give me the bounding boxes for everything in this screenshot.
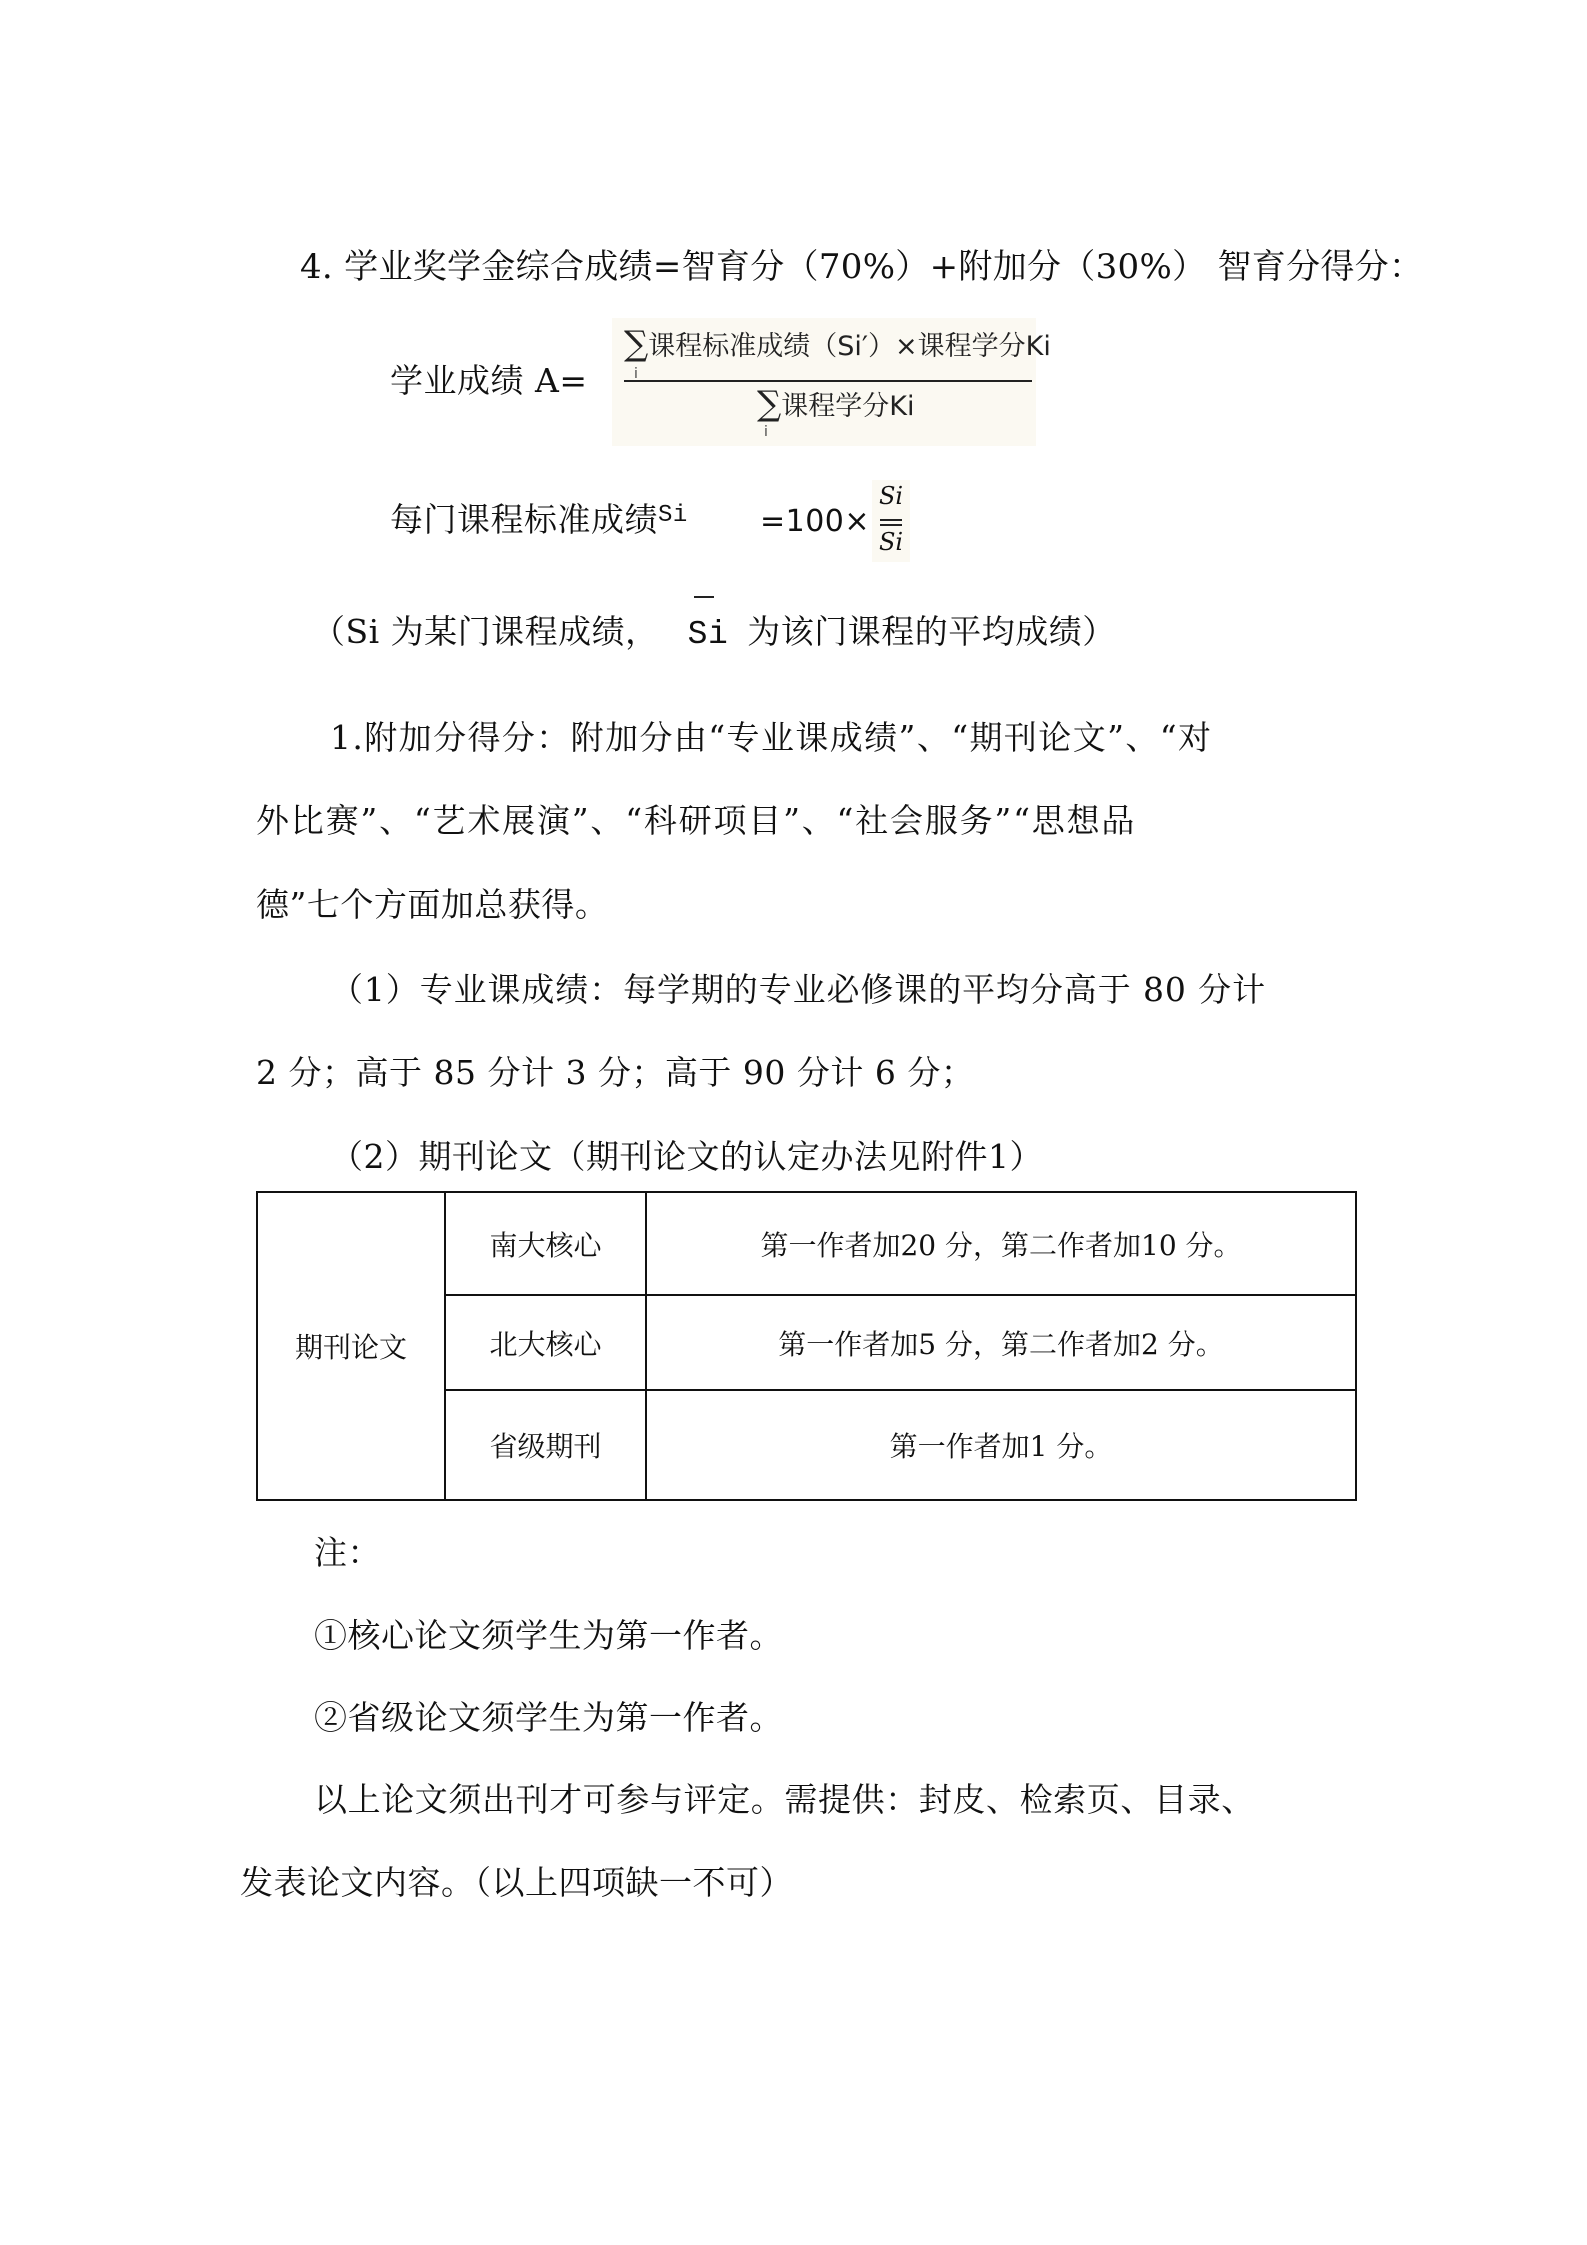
- formula-si-label: 每门课程标准成绩Si: [390, 500, 688, 546]
- table-rule-cell: 第一作者加20 分，第二作者加10 分。: [646, 1192, 1356, 1295]
- numerator: ∑课程标准成绩（Si′）×课程学分Ki: [624, 324, 1051, 364]
- denominator: ∑课程学分Ki: [757, 384, 915, 424]
- formula-a-label: 学业成绩 A=: [390, 361, 587, 401]
- formula-si-sup: Si: [658, 502, 688, 529]
- table-category-cell: 期刊论文: [257, 1192, 445, 1500]
- table-rule-cell: 第一作者加5 分，第二作者加2 分。: [646, 1295, 1356, 1390]
- denominator-subscript: i: [764, 424, 768, 440]
- fraction-line: [880, 519, 902, 521]
- denominator-text: 课程学分Ki: [781, 391, 914, 422]
- notes-item-2: ②省级论文须学生为第一作者。: [314, 1698, 783, 1738]
- para1-line2: 外比赛”、“艺术展演”、“科研项目”、“社会服务”“思想品: [256, 801, 1136, 841]
- si-note-prefix: （Si 为某门课程成绩，: [312, 612, 659, 651]
- si-note-suffix: 为该门课程的平均成绩）: [747, 612, 1116, 651]
- si-note: （Si 为某门课程成绩， Si 为该门课程的平均成绩）: [312, 612, 1116, 655]
- table-level-cell: 南大核心: [445, 1192, 646, 1295]
- sigma-icon: ∑: [624, 324, 648, 364]
- para1-line1: 1.附加分得分：附加分由“专业课成绩”、“期刊论文”、“对: [330, 718, 1212, 758]
- item2-line1: （2）期刊论文（期刊论文的认定办法见附件1）: [330, 1137, 1043, 1177]
- table-level-cell: 省级期刊: [445, 1390, 646, 1500]
- si-note-mean: Si: [688, 616, 729, 653]
- table-rule-cell: 第一作者加1 分。: [646, 1390, 1356, 1500]
- requirement-line2: 发表论文内容。（以上四项缺一不可）: [240, 1863, 793, 1903]
- numerator-text: 课程标准成绩（Si′）×课程学分Ki: [648, 331, 1051, 362]
- item1-line2: 2 分；高于 85 分计 3 分；高于 90 分计 6 分；: [256, 1053, 974, 1093]
- si-denominator: Si: [872, 528, 910, 556]
- formula-si-text: 每门课程标准成绩: [390, 500, 658, 539]
- si-fraction: Si Si: [872, 480, 910, 562]
- para1-line3: 德”七个方面加总获得。: [256, 885, 608, 925]
- si-overline: [694, 596, 714, 598]
- table-level-cell: 北大核心: [445, 1295, 646, 1390]
- fraction-line: [624, 380, 1032, 382]
- journal-paper-table: 期刊论文 南大核心 第一作者加20 分，第二作者加10 分。 北大核心 第一作者…: [256, 1191, 1357, 1501]
- fraction-line: [880, 524, 902, 526]
- sigma-icon: ∑: [757, 384, 781, 424]
- item1-line1: （1）专业课成绩：每学期的专业必修课的平均分高于 80 分计: [330, 970, 1266, 1010]
- notes-item-1: ①核心论文须学生为第一作者。: [314, 1616, 783, 1656]
- formula-a-image: ∑课程标准成绩（Si′）×课程学分Ki i ∑课程学分Ki i: [612, 318, 1036, 446]
- section-4-heading: 4. 学业奖学金综合成绩=智育分（70%）+附加分（30%） 智育分得分：: [300, 247, 1423, 287]
- notes-title: 注：: [314, 1533, 381, 1573]
- requirement-line1: 以上论文须出刊才可参与评定。需提供：封皮、检索页、目录、: [314, 1780, 1255, 1820]
- si-numerator: Si: [872, 482, 910, 510]
- formula-si-expression: =100×: [760, 502, 870, 542]
